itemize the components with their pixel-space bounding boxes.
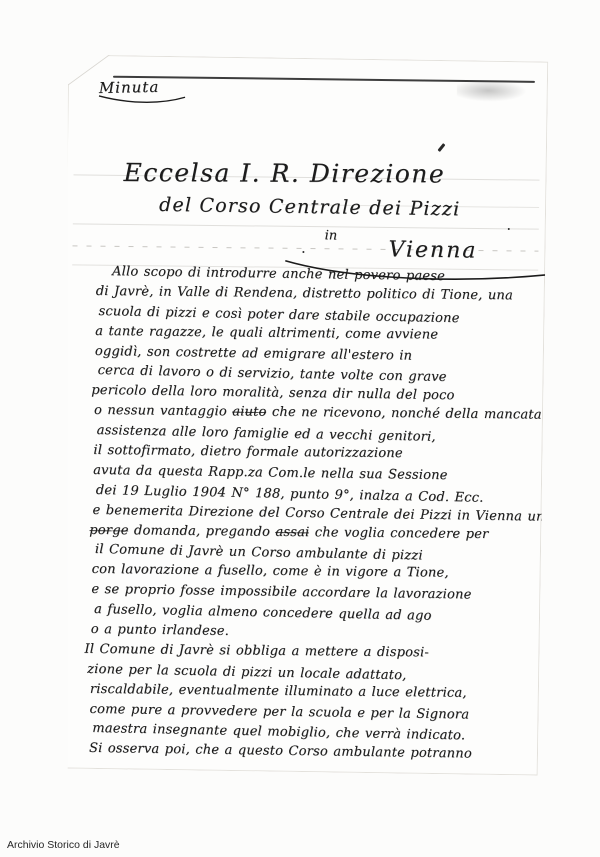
handwritten-line: riscaldabile, eventualmente illuminato a… bbox=[90, 680, 534, 705]
ink-speck bbox=[302, 251, 304, 253]
ruled-guideline bbox=[73, 223, 539, 229]
scanned-document: Minuta Eccelsa I. R. Direzione del Corso… bbox=[0, 0, 600, 857]
letter-heading: Eccelsa I. R. Direzione del Corso Centra… bbox=[69, 55, 547, 62]
annotation-minuta: Minuta bbox=[99, 78, 160, 97]
letter-page: Minuta Eccelsa I. R. Direzione del Corso… bbox=[58, 54, 549, 775]
recipient-line-2: del Corso Centrale dei Pizzi bbox=[159, 194, 461, 220]
recipient-line-3: in bbox=[325, 228, 338, 243]
scan-smudge bbox=[457, 81, 527, 102]
ink-speck bbox=[508, 228, 510, 230]
letter-body: Allo scopo di introdurre anche nel pover… bbox=[89, 262, 540, 766]
underline-flourish-icon bbox=[97, 92, 189, 106]
ink-speck bbox=[437, 143, 445, 152]
archive-watermark: Archivio Storico di Javrè bbox=[7, 839, 120, 851]
recipient-line-1: Eccelsa I. R. Direzione bbox=[124, 158, 446, 188]
handwritten-line: a tante ragazze, le quali altrimenti, co… bbox=[95, 322, 539, 347]
